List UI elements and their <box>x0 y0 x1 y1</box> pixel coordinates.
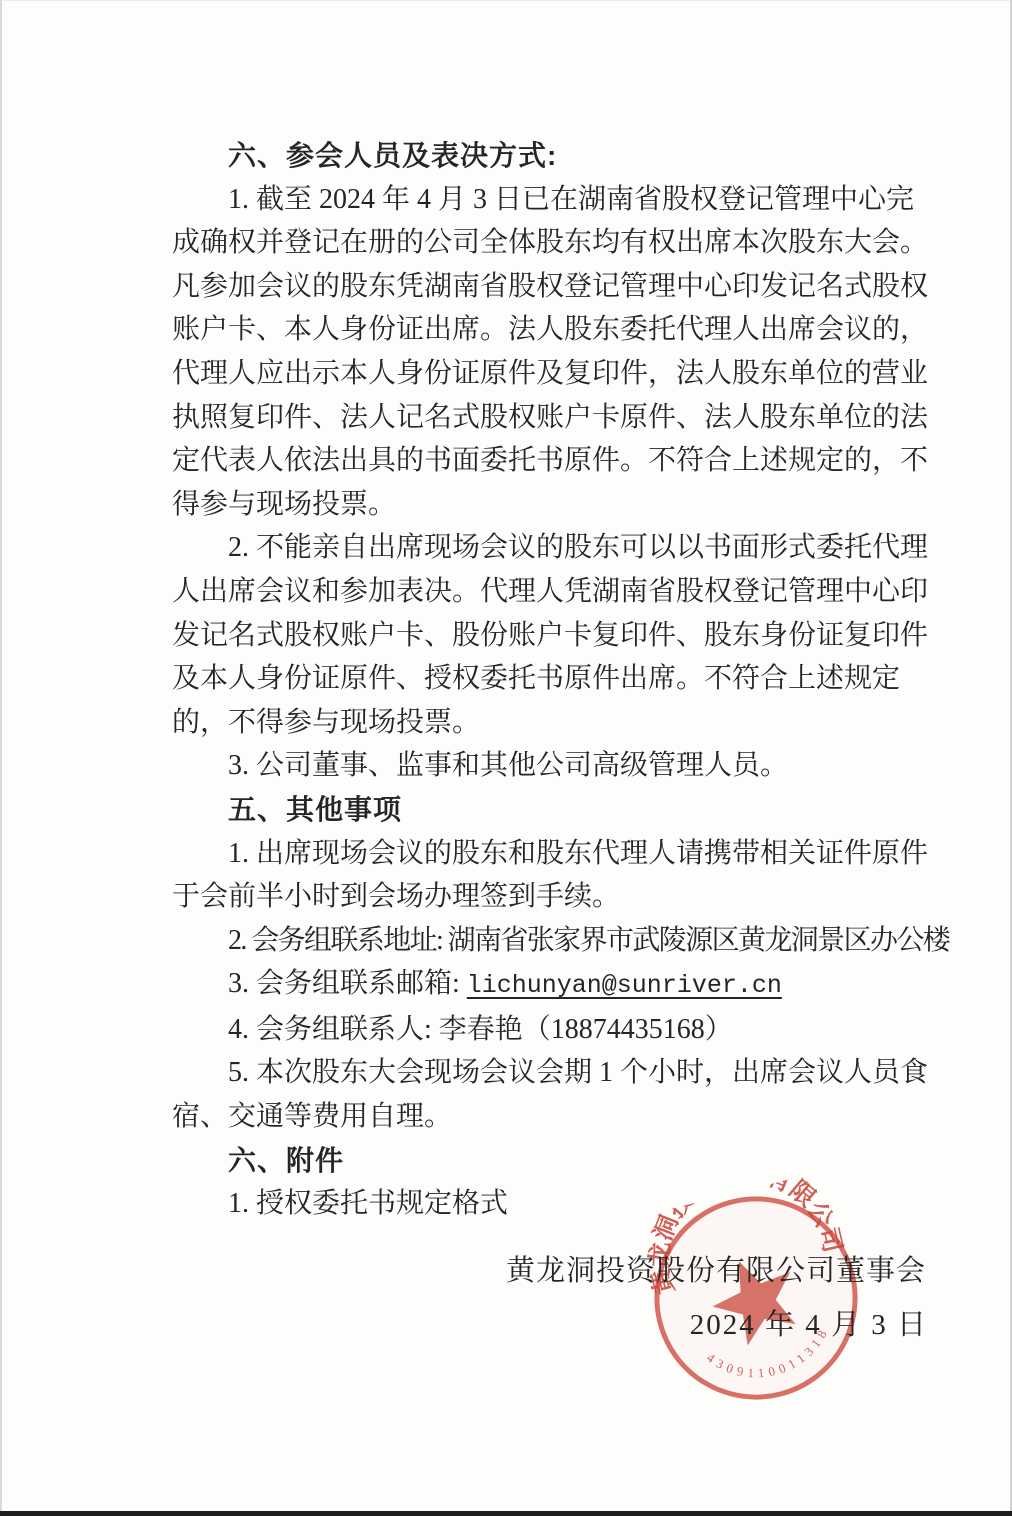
paragraph-meeting-duration: 5. 本次股东大会现场会议会期 1 个小时，出席会议人员食宿、交通等费用自理。 <box>172 1051 930 1138</box>
paragraph-contact-person: 4. 会务组联系人: 李春艳（18874435168） <box>172 1008 930 1052</box>
paragraph-proxy: 2. 不能亲自出席现场会议的股东可以以书面形式委托代理人出席会议和参加表决。代理… <box>172 526 930 744</box>
section-heading-participants: 六、参会人员及表决方式: <box>172 134 930 178</box>
paragraph-contact-address: 2. 会务组联系地址: 湖南省张家界市武陵源区黄龙洞景区办公楼 <box>172 919 930 963</box>
document-page: 六、参会人员及表决方式: 1. 截至 2024 年 4 月 3 日已在湖南省股权… <box>0 0 1012 1516</box>
signature-block: 黄龙洞投资股份有限公司董事会 2024 年 4 月 3 日 <box>170 1251 932 1345</box>
photo-bottom-edge <box>0 1511 1012 1516</box>
paragraph-contact-email: 3. 会务组联系邮箱: lichunyan@sunriver.cn <box>172 962 930 1008</box>
section-heading-other-matters: 五、其他事项 <box>172 788 930 832</box>
document-body: 六、参会人员及表决方式: 1. 截至 2024 年 4 月 3 日已在湖南省股权… <box>172 134 930 1226</box>
contact-email-address: lichunyan@sunriver.cn <box>467 971 782 1000</box>
contact-email-label: 3. 会务组联系邮箱: <box>228 968 467 999</box>
paragraph-directors: 3. 公司董事、监事和其他公司高级管理人员。 <box>172 744 930 788</box>
paragraph-signin: 1. 出席现场会议的股东和股东代理人请携带相关证件原件于会前半小时到会场办理签到… <box>172 832 930 919</box>
paragraph-eligibility: 1. 截至 2024 年 4 月 3 日已在湖南省股权登记管理中心完成确权并登记… <box>172 178 930 527</box>
signature-date: 2024 年 4 月 3 日 <box>170 1305 932 1345</box>
signature-company: 黄龙洞投资股份有限公司董事会 <box>170 1251 932 1291</box>
